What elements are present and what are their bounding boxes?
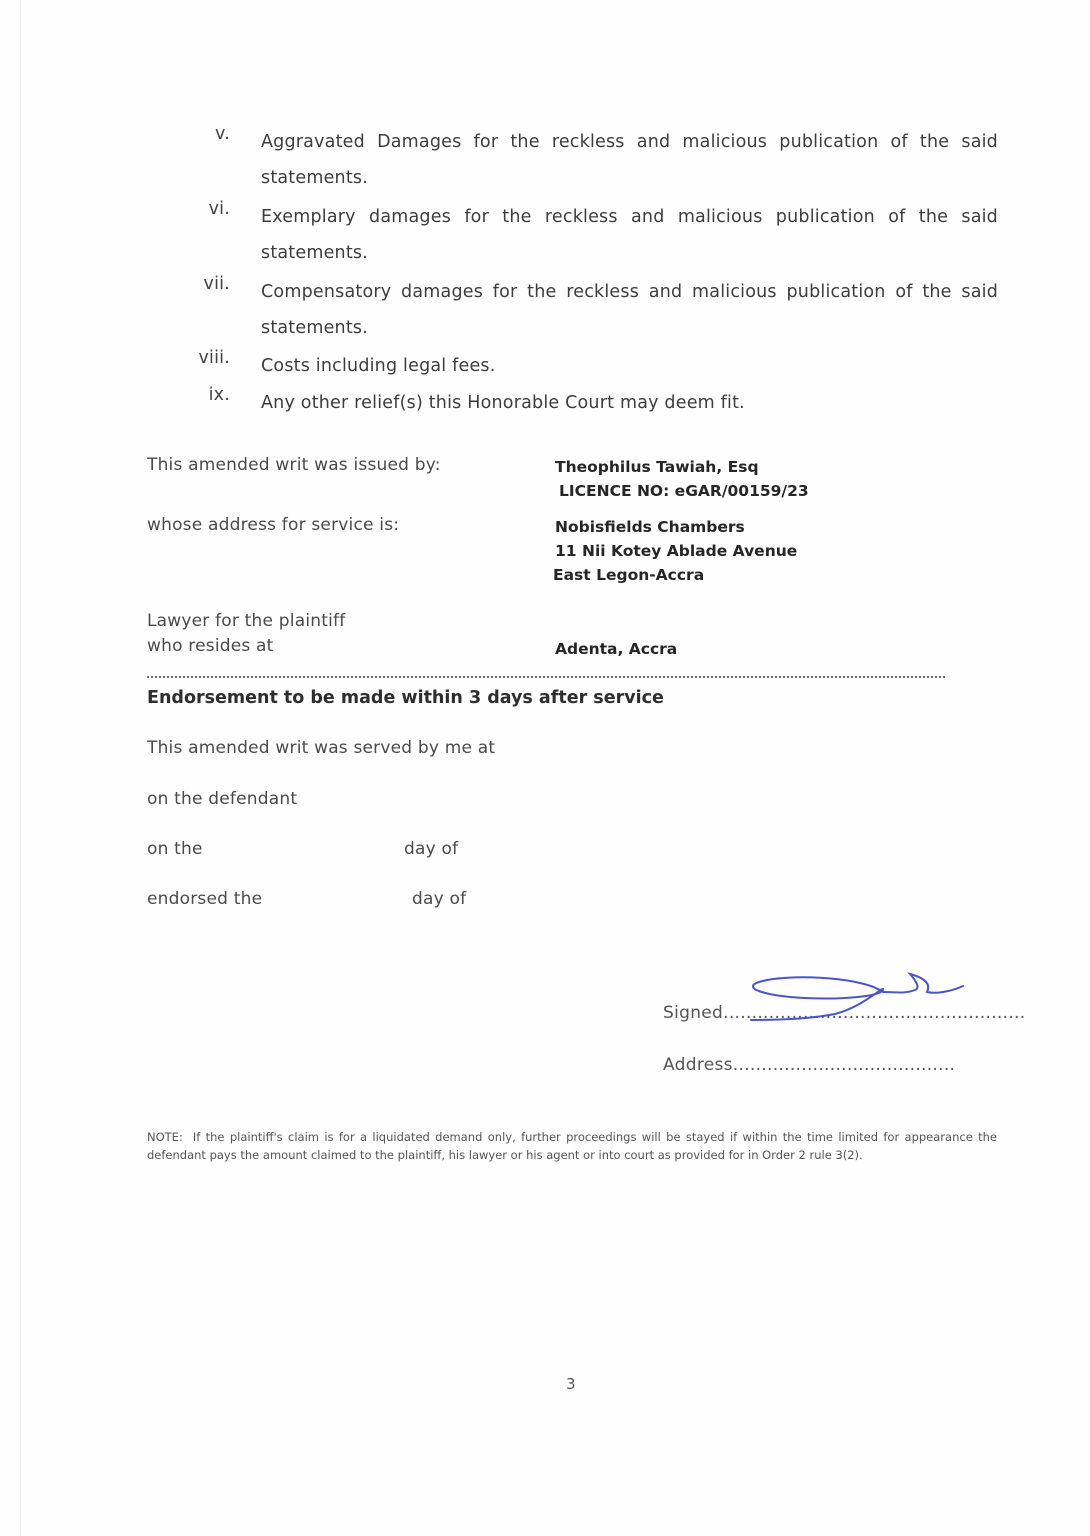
served-at-label: This amended writ was served by me at <box>147 738 495 758</box>
note-paragraph: NOTE:If the plaintiff's claim is for a l… <box>147 1129 997 1164</box>
claim-text: Exemplary damages for the reckless and m… <box>261 199 998 271</box>
handwritten-signature-icon <box>745 962 975 1024</box>
address-line: Address.................................… <box>663 1055 955 1075</box>
page-number: 3 <box>566 1375 576 1393</box>
claim-number: v. <box>170 124 230 144</box>
scan-edge-line <box>20 0 21 1536</box>
endorsement-heading: Endorsement to be made within 3 days aft… <box>147 688 664 708</box>
claim-text: Any other relief(s) this Honorable Court… <box>261 385 998 421</box>
claim-text: Costs including legal fees. <box>261 348 998 384</box>
day-of-label: day of <box>404 839 458 859</box>
address-line-2: 11 Nii Kotey Ablade Avenue <box>555 539 797 563</box>
claim-number: vi. <box>170 199 230 219</box>
on-defendant-label: on the defendant <box>147 789 297 809</box>
note-label: NOTE: <box>147 1130 183 1144</box>
claim-text: Compensatory damages for the reckless an… <box>261 274 998 346</box>
note-text: If the plaintiff's claim is for a liquid… <box>147 1130 997 1162</box>
issued-by-label: This amended writ was issued by: <box>147 455 441 475</box>
resides-label: who resides at <box>147 636 274 656</box>
claim-text: Aggravated Damages for the reckless and … <box>261 124 998 196</box>
endorsed-day-of-label: day of <box>412 889 466 909</box>
address-line-1: Nobisfields Chambers <box>555 515 745 539</box>
lawyer-name: Theophilus Tawiah, Esq <box>555 455 759 479</box>
licence-number: LICENCE NO: eGAR/00159/23 <box>559 479 809 503</box>
dotted-separator <box>147 676 945 678</box>
address-for-service-label: whose address for service is: <box>147 515 399 535</box>
claim-number: ix. <box>170 385 230 405</box>
endorsed-the-label: endorsed the <box>147 889 262 909</box>
claim-number: viii. <box>170 348 230 368</box>
lawyer-role-label: Lawyer for the plaintiff <box>147 611 345 631</box>
claim-number: vii. <box>170 274 230 294</box>
on-the-label: on the <box>147 839 203 859</box>
address-line-3: East Legon-Accra <box>553 563 704 587</box>
document-page: v. Aggravated Damages for the reckless a… <box>0 0 1090 1536</box>
residence-value: Adenta, Accra <box>555 637 677 661</box>
